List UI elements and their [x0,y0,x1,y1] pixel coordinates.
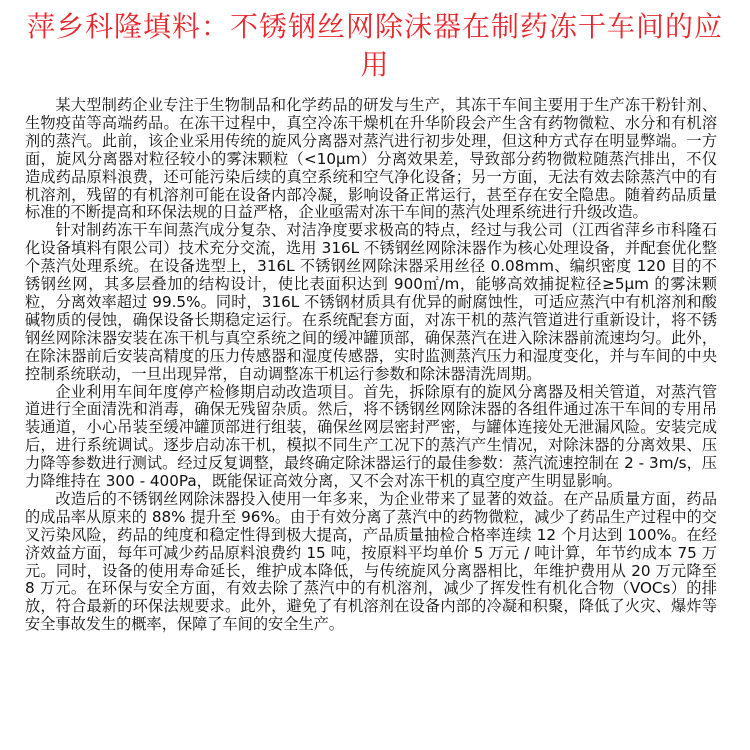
paragraph-results: 改造后的不锈钢丝网除沫器投入使用一年多来，为企业带来了显著的效益。在产品质量方面… [25,491,717,634]
paragraph-installation: 企业利用车间年度停产检修期启动改造项目。首先，拆除原有的旋风分离器及相关管道，对… [25,384,717,491]
paragraph-solution: 针对制药冻干车间蒸汽成分复杂、对洁净度要求极高的特点，经过与我公司（江西省萍乡市… [25,222,717,383]
article-body: 某大型制药企业专注于生物制品和化学药品的研发与生产，其冻干车间主要用于生产冻干粉… [25,97,717,634]
paragraph-background: 某大型制药企业专注于生物制品和化学药品的研发与生产，其冻干车间主要用于生产冻干粉… [25,97,717,222]
article-title: 萍乡科隆填料：不锈钢丝网除沫器在制药冻干车间的应用 [20,8,730,84]
